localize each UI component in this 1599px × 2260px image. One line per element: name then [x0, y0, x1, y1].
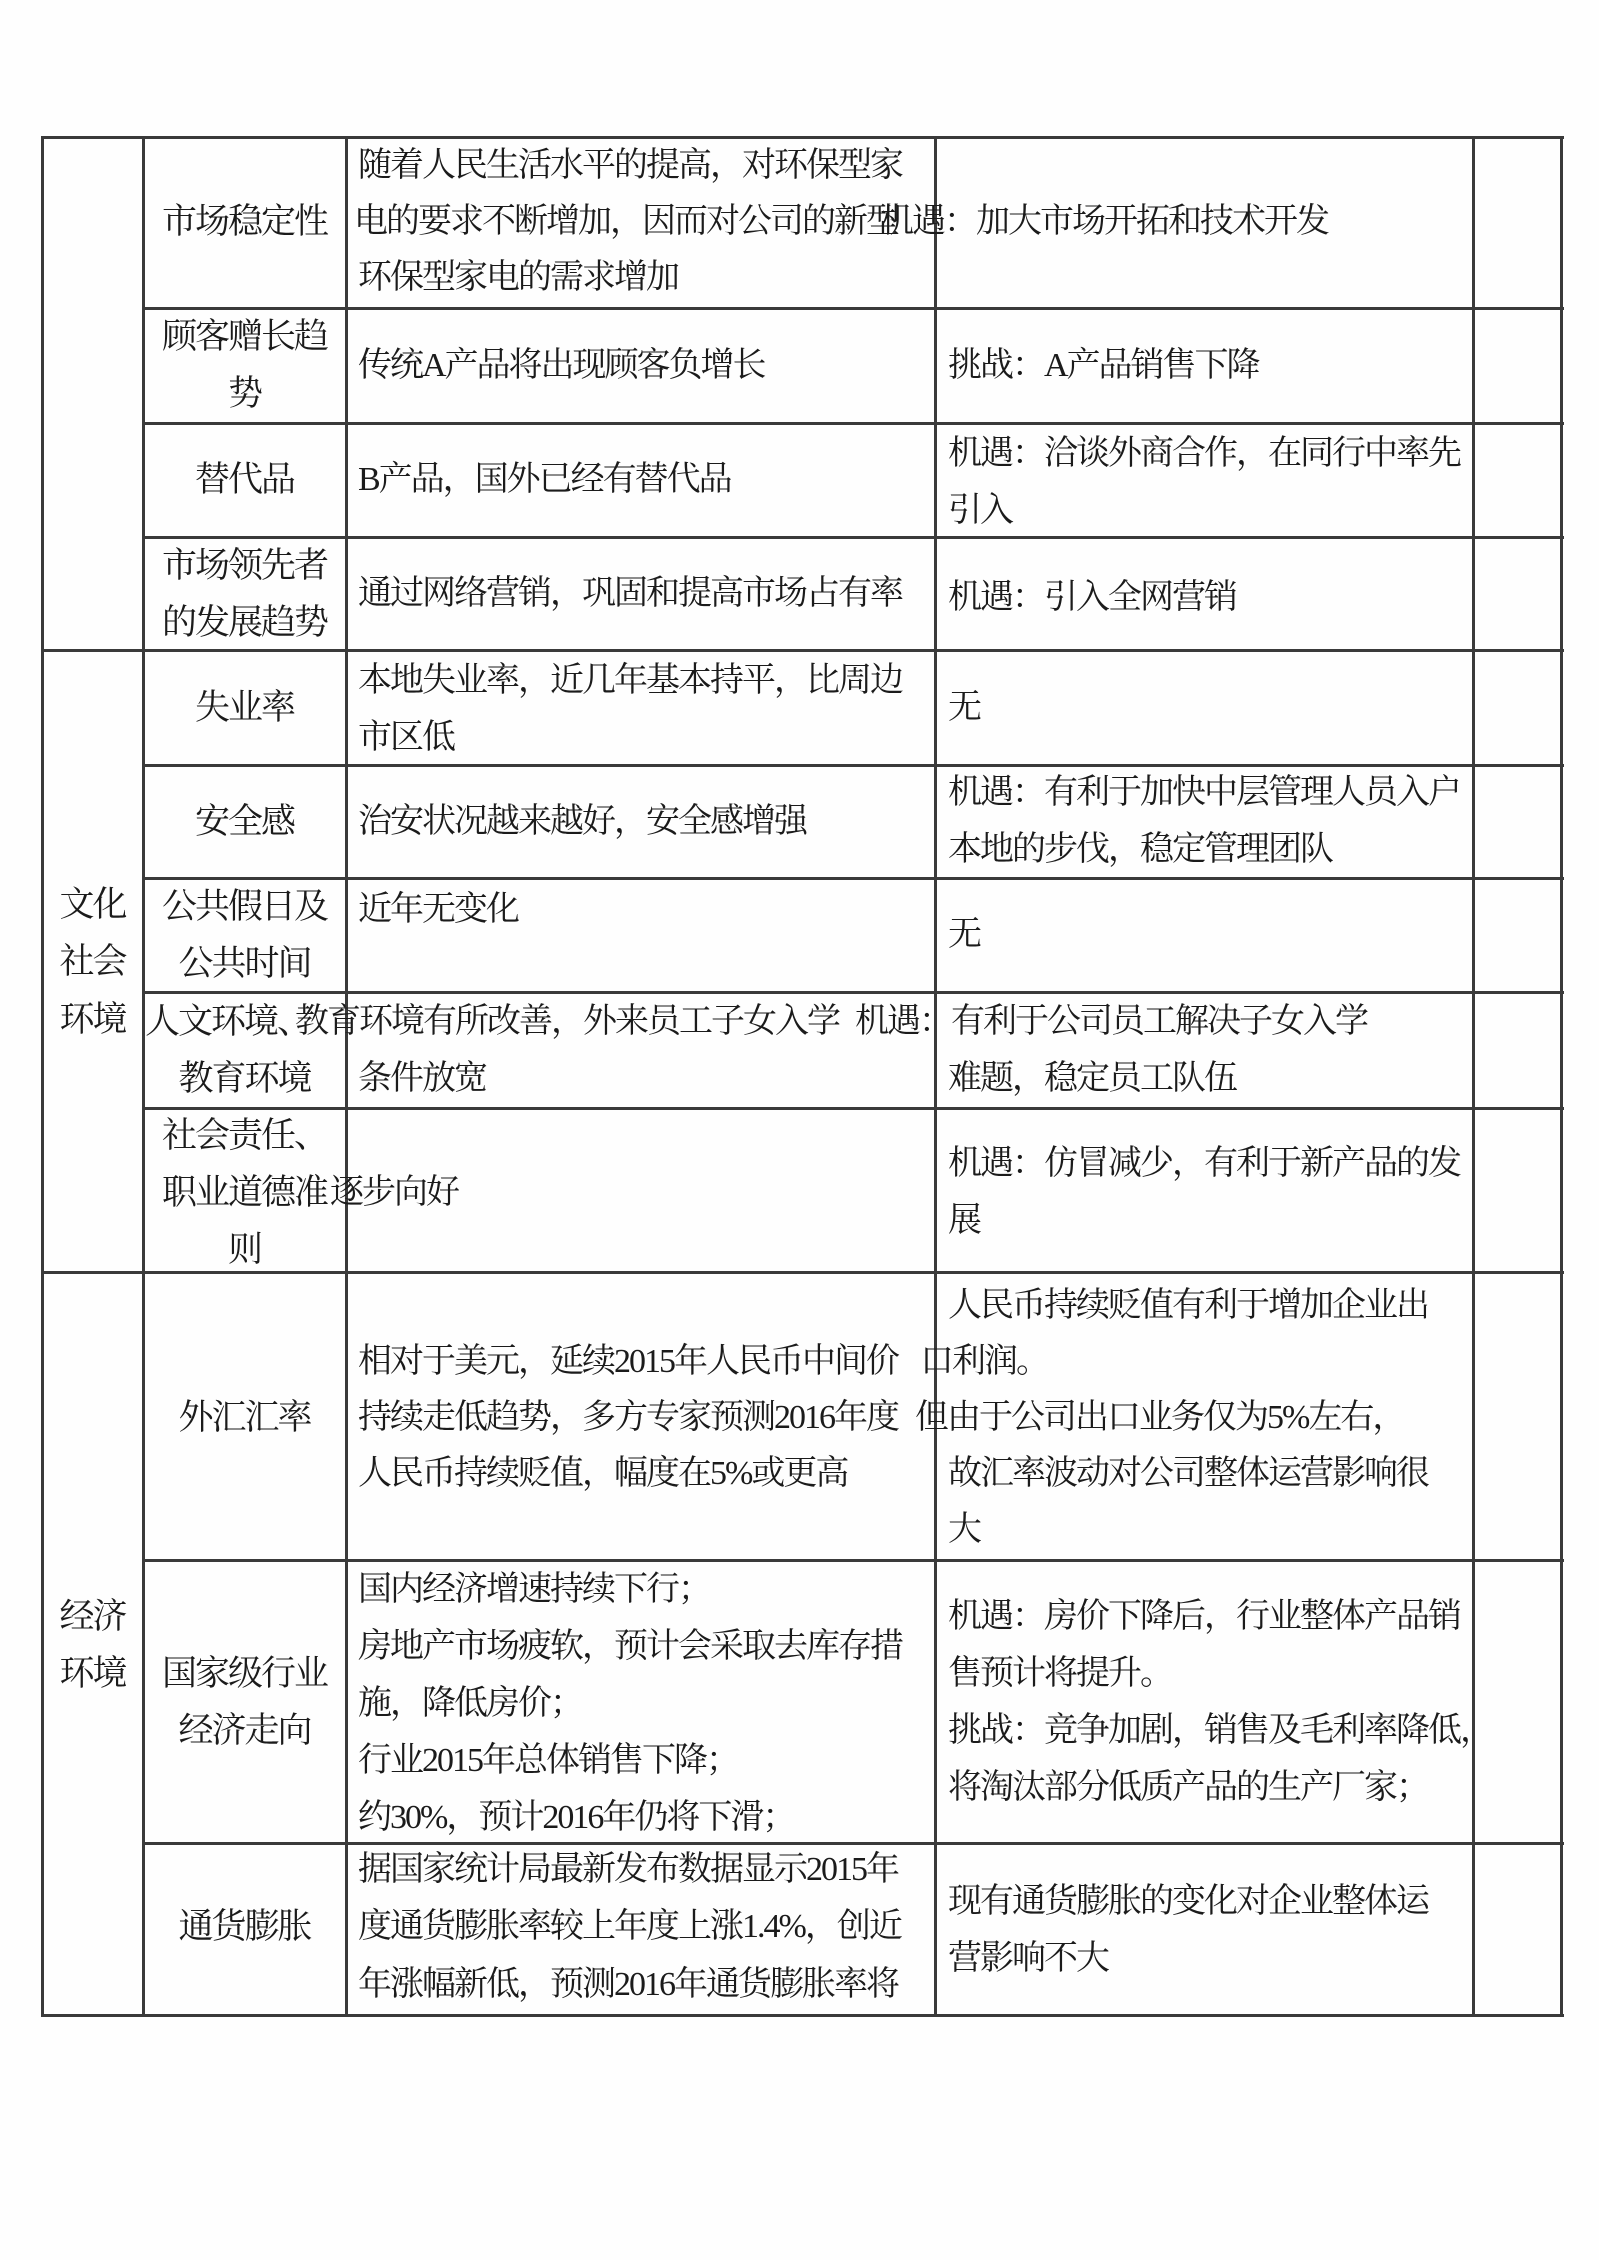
- result-line: 营影响不大: [948, 1936, 1108, 1982]
- result-line: 大: [948, 1507, 980, 1553]
- grid-line-horizontal: [42, 2014, 1564, 2017]
- description-line: 逐步向好: [330, 1170, 458, 1216]
- item-label-line: 势: [143, 371, 346, 417]
- result-line: 售预计将提升。: [948, 1651, 1172, 1697]
- result-line: 机遇：引入全网营销: [948, 575, 1236, 621]
- description-line: B产品，国外已经有替代品: [358, 457, 731, 503]
- description-line: 约30%，预计2016年仍将下滑；: [358, 1795, 794, 1841]
- category-cell-line: 环境: [42, 997, 143, 1043]
- grid-line-vertical: [41, 136, 44, 2017]
- item-label-line: 市场稳定性: [143, 199, 346, 245]
- result-line: 无: [948, 912, 980, 958]
- item-label-line: 则: [143, 1227, 346, 1273]
- description-line: 市区低: [358, 715, 454, 761]
- result-line: 现有通货膨胀的变化对企业整体运: [948, 1879, 1428, 1925]
- category-cell-line: 社会: [42, 939, 143, 985]
- item-label-line: 的发展趋势: [143, 600, 346, 646]
- result-line: 引入: [948, 488, 1012, 534]
- item-label-line: 顾客赠长趋: [143, 314, 346, 360]
- description-line: 环保型家电的需求增加: [358, 255, 678, 301]
- result-line: 口利润。: [920, 1339, 1048, 1385]
- description-line: 相对于美元，延续2015年人民币中间价: [358, 1339, 898, 1385]
- category-cell-line: 环境: [42, 1651, 143, 1697]
- description-line: 施，降低房价；: [358, 1681, 582, 1727]
- category-cell-line: 经济: [42, 1594, 143, 1640]
- result-line: 机遇：有利于加快中层管理人员入户: [948, 770, 1460, 816]
- result-line: 机遇：仿冒减少，有利于新产品的发: [948, 1141, 1460, 1187]
- grid-line-horizontal: [42, 649, 1564, 652]
- description-line: 本地失业率，近几年基本持平，比周边: [358, 658, 902, 704]
- result-line: 机遇：加大市场开拓和技术开发: [880, 199, 1328, 245]
- grid-line-horizontal: [143, 1842, 1564, 1845]
- description-line: 教育环境有所改善，外来员工子女入学: [295, 999, 839, 1045]
- item-label-line: 公共假日及: [143, 884, 346, 930]
- result-line: 人民币持续贬值有利于增加企业出: [948, 1283, 1428, 1329]
- grid-line-horizontal: [143, 991, 1564, 994]
- item-label-line: 安全感: [143, 799, 346, 845]
- description-line: 度通货膨胀率较上年度上涨1.4%，创近: [358, 1904, 901, 1950]
- result-line: 机遇：有利于公司员工解决子女入学: [855, 999, 1367, 1045]
- description-line: 条件放宽: [358, 1056, 486, 1102]
- description-line: 随着人民生活水平的提高，对环保型家: [358, 143, 902, 189]
- grid-line-horizontal: [143, 536, 1564, 539]
- item-label-line: 替代品: [143, 457, 346, 503]
- grid-line-vertical: [934, 136, 937, 2017]
- item-label-line: 市场领先者: [143, 543, 346, 589]
- grid-line-horizontal: [143, 1107, 1564, 1110]
- item-label-line: 公共时间: [143, 941, 346, 987]
- result-line: 故汇率波动对公司整体运营影响很: [948, 1451, 1428, 1497]
- item-label-line: 人文环境、: [145, 999, 310, 1045]
- description-line: 通过网络营销，巩固和提高市场占有率: [358, 571, 902, 617]
- result-line: 机遇：房价下降后，行业整体产品销: [948, 1594, 1460, 1640]
- category-cell-line: 文化: [42, 882, 143, 928]
- result-line: 挑战：竞争加剧，销售及毛利率降低，: [948, 1708, 1492, 1754]
- result-line: 无: [948, 685, 980, 731]
- item-label-line: 失业率: [143, 685, 346, 731]
- item-label-line: 教育环境: [143, 1056, 346, 1102]
- description-line: 治安状况越来越好，安全感增强: [358, 799, 806, 845]
- item-label-line: 社会责任、: [143, 1113, 346, 1159]
- item-label-line: 经济走向: [143, 1708, 346, 1754]
- description-line: 房地产市场疲软，预计会采取去库存措: [358, 1624, 902, 1670]
- grid-line-horizontal: [143, 307, 1564, 310]
- item-label-line: 国家级行业: [143, 1651, 346, 1697]
- grid-line-horizontal: [143, 422, 1564, 425]
- description-line: 近年无变化: [358, 887, 518, 933]
- item-label-line: 通货膨胀: [143, 1904, 346, 1950]
- item-label-line: 外汇汇率: [143, 1395, 346, 1441]
- grid-line-horizontal: [143, 1559, 1564, 1562]
- description-line: 传统A产品将出现顾客负增长: [358, 343, 765, 389]
- result-line: 将淘汰部分低质产品的生产厂家；: [948, 1765, 1428, 1811]
- result-line: 展: [948, 1198, 980, 1244]
- result-line: 本地的步伐，稳定管理团队: [948, 827, 1332, 873]
- scanned-document-page: 文化社会环境经济环境市场稳定性随着人民生活水平的提高，对环保型家电的要求不断增加…: [0, 0, 1599, 2260]
- description-line: 年涨幅新低，预测2016年通货膨胀率将: [358, 1962, 898, 2008]
- description-line: 据国家统计局最新发布数据显示2015年: [358, 1847, 898, 1893]
- result-line: 难题，稳定员工队伍: [948, 1056, 1236, 1102]
- description-line: 国内经济增速持续下行；: [358, 1567, 710, 1613]
- result-line: 但由于公司出口业务仅为5%左右，: [915, 1395, 1404, 1441]
- result-line: 挑战：A产品销售下降: [948, 343, 1259, 389]
- grid-line-vertical: [1560, 136, 1563, 2017]
- description-line: 行业2015年总体销售下降；: [358, 1738, 738, 1784]
- description-line: 持续走低趋势，多方专家预测2016年度: [358, 1395, 898, 1441]
- grid-line-horizontal: [143, 764, 1564, 767]
- result-line: 机遇：洽谈外商合作，在同行中率先: [948, 431, 1460, 477]
- item-label-line: 职业道德准: [143, 1170, 346, 1216]
- description-line: 人民币持续贬值，幅度在5%或更高: [358, 1451, 847, 1497]
- grid-line-horizontal: [143, 877, 1564, 880]
- grid-line-horizontal: [42, 136, 1564, 139]
- description-line: 电的要求不断增加，因而对公司的新型: [354, 199, 898, 245]
